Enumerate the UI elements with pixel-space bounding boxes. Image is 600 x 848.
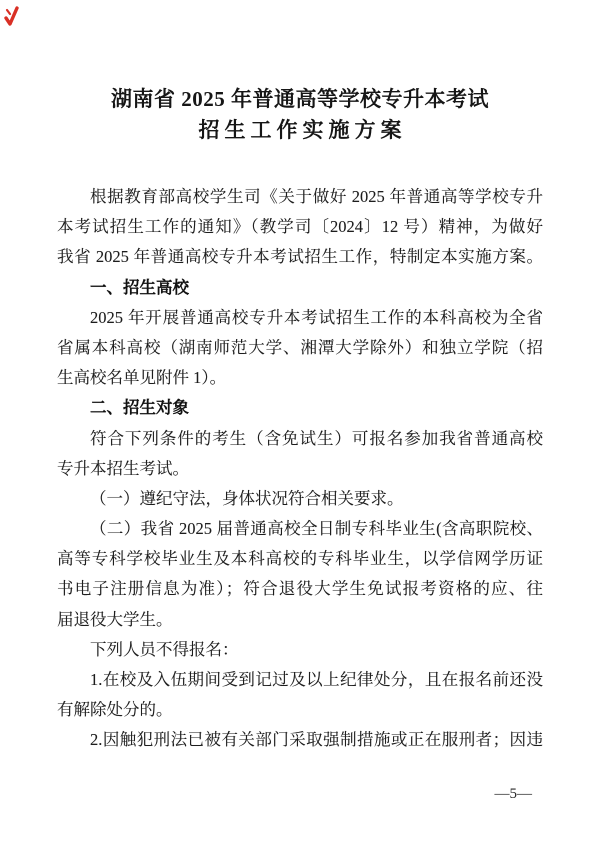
document-title-line2: 招生工作实施方案 [0,115,600,146]
body-line: 生高校名单见附件 1）。 [57,363,543,393]
body-line: 专升本招生考试。 [57,454,543,484]
section-heading-1: 一、招生高校 [57,273,543,303]
body-line: 我省 2025 年普通高校专升本考试招生工作，特制定本实施方案。 [57,242,543,272]
document-title: 湖南省 2025 年普通高等学校专升本考试 招生工作实施方案 [0,84,600,146]
body-line: 届退役大学生。 [57,605,543,635]
body-line: 2.因触犯刑法已被有关部门采取强制措施或正在服刑者；因违 [57,725,543,755]
body-line: 书电子注册信息为准）；符合退役大学生免试报考资格的应、往 [57,574,543,604]
body-line: 1.在校及入伍期间受到记过及以上纪律处分，且在报名前还没 [57,665,543,695]
body-line: （一）遵纪守法，身体状况符合相关要求。 [57,484,543,514]
body-line: （二）我省 2025 届普通高校全日制专科毕业生(含高职院校、 [57,514,543,544]
document-page: 湖南省 2025 年普通高等学校专升本考试 招生工作实施方案 根据教育部高校学生… [0,0,600,848]
body-line: 高等专科学校毕业生及本科高校的专科毕业生，以学信网学历证 [57,544,543,574]
document-title-line1: 湖南省 2025 年普通高等学校专升本考试 [0,84,600,115]
body-line: 符合下列条件的考生（含免试生）可报名参加我省普通高校 [57,424,543,454]
red-ink-mark-icon [4,5,20,27]
body-line: 2025 年开展普通高校专升本考试招生工作的本科高校为全省 [57,303,543,333]
body-line: 本考试招生工作的通知》（教学司〔2024〕12 号）精神，为做好 [57,212,543,242]
body-line: 根据教育部高校学生司《关于做好 2025 年普通高等学校专升 [57,182,543,212]
document-body: 根据教育部高校学生司《关于做好 2025 年普通高等学校专升 本考试招生工作的通… [57,182,543,756]
body-line: 有解除处分的。 [57,695,543,725]
body-line: 下列人员不得报名： [57,635,543,665]
body-line: 省属本科高校（湖南师范大学、湘潭大学除外）和独立学院（招 [57,333,543,363]
section-heading-2: 二、招生对象 [57,393,543,423]
page-number: —5— [495,784,533,804]
